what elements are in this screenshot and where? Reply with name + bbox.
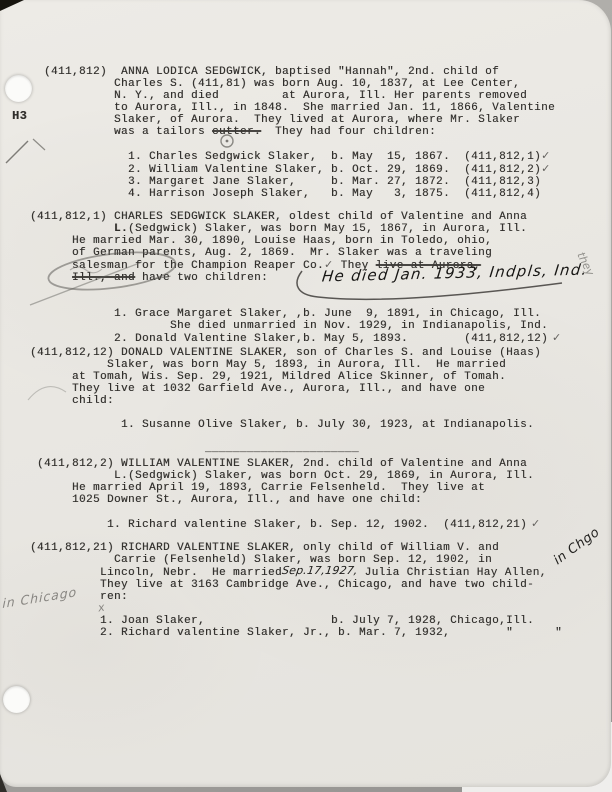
pencil-margin-x-mark: x: [97, 601, 105, 615]
typed-line: child:: [30, 395, 541, 407]
typed-line: at Tomah, Wis. Sep. 29, 1921, Mildred Al…: [30, 371, 541, 383]
scanned-genealogy-page: H3 (411,812) ANNA LODICA SEDGWICK, bapti…: [0, 0, 611, 787]
section-donald-valentine-slaker: (411,812,12) DONALD VALENTINE SLAKER, so…: [30, 347, 541, 455]
typed-line: 2. Richard valentine Slaker, Jr., b. Mar…: [30, 627, 562, 639]
typed-line: (411,812,12) DONALD VALENTINE SLAKER, so…: [30, 347, 541, 359]
typed-line: was a tailors cutter. They had four chil…: [30, 126, 555, 138]
typed-line: Slaker, was born May 5, 1893, in Aurora,…: [30, 359, 541, 371]
typed-line: of German parents, Aug. 2, 1869. Mr. Sla…: [30, 247, 562, 259]
pencil-slash-mark: [6, 141, 28, 163]
typed-line: They live at 1032 Garfield Ave., Aurora,…: [30, 383, 541, 395]
typed-line: (411,812,1) CHARLES SEDGWICK SLAKER, old…: [30, 211, 562, 223]
section-william-valentine-slaker: (411,812,2) WILLIAM VALENTINE SLAKER, 2n…: [30, 458, 541, 531]
typed-line: 2. William Valentine Slaker, b. Oct. 29,…: [30, 163, 555, 176]
punch-hole-bottom: [3, 686, 30, 713]
typed-line: 3. Margaret Jane Slaker, b. Mar. 27, 187…: [30, 176, 555, 188]
typed-line: L.(Sedgwick) Slaker, was born May 15, 18…: [30, 223, 562, 235]
typed-line: (411,812,21) RICHARD VALENTINE SLAKER, o…: [30, 542, 562, 554]
corner-tear-mark-bottom-left: [0, 774, 7, 792]
typed-line: 1. Richard valentine Slaker, b. Sep. 12,…: [30, 518, 541, 531]
typed-line: Lincoln, Nebr. He marriedSep.17,1927, Ju…: [30, 566, 562, 579]
typed-line: N. Y., and died at Aurora, Ill. Her pare…: [30, 90, 555, 102]
typed-line: [30, 603, 562, 615]
typed-line: to Aurora, Ill., in 1848. She married Ja…: [30, 102, 555, 114]
typed-line: [30, 506, 541, 518]
typed-line: Slaker, of Aurora. They lived at Aurora,…: [30, 114, 555, 126]
typed-line: ______________________: [30, 443, 541, 455]
typed-line: 1. Charles Sedgwick Slaker, b. May 15, 1…: [30, 150, 555, 163]
margin-label-h3: H3: [12, 110, 27, 122]
corner-tear-mark-top-left: [0, 0, 24, 11]
typed-line: (411,812) ANNA LODICA SEDGWICK, baptised…: [30, 66, 555, 78]
typed-line: Charles S. (411,81) was born Aug. 10, 18…: [30, 78, 555, 90]
typed-line: She died unmarried in Nov. 1929, in Indi…: [30, 320, 562, 332]
typed-line: They live at 3163 Cambridge Ave., Chicag…: [30, 579, 562, 591]
typed-line: [30, 284, 562, 296]
typed-line: 1. Grace Margaret Slaker, ,b. June 9, 18…: [30, 308, 562, 320]
typed-line: 1. Susanne Olive Slaker, b. July 30, 192…: [30, 419, 541, 431]
typed-line: 1. Joan Slaker, b. July 7, 1928, Chicago…: [30, 615, 562, 627]
typed-line: 4. Harrison Joseph Slaker, b. May 3, 187…: [30, 188, 555, 200]
typed-line: ren:: [30, 591, 562, 603]
typed-line: L.(Sedgwick) Slaker, was born Oct. 29, 1…: [30, 470, 541, 482]
typed-line: He married April 19, 1893, Carrie Felsen…: [30, 482, 541, 494]
section-anna-lodica-sedgwick: (411,812) ANNA LODICA SEDGWICK, baptised…: [30, 66, 555, 200]
typed-line: [30, 138, 555, 150]
typed-line: 1025 Downer St., Aurora, Ill., and have …: [30, 494, 541, 506]
typed-line: [30, 407, 541, 419]
typed-line: [30, 431, 541, 443]
typed-line: [30, 296, 562, 308]
typed-line: 2. Donald Valentine Slaker,b. May 5, 189…: [30, 332, 562, 345]
typed-line: (411,812,2) WILLIAM VALENTINE SLAKER, 2n…: [30, 458, 541, 470]
typed-line: He married Mar. 30, 1890, Louise Haas, b…: [30, 235, 562, 247]
punch-hole-top: [5, 75, 32, 102]
section-richard-valentine-slaker: (411,812,21) RICHARD VALENTINE SLAKER, o…: [30, 542, 562, 639]
